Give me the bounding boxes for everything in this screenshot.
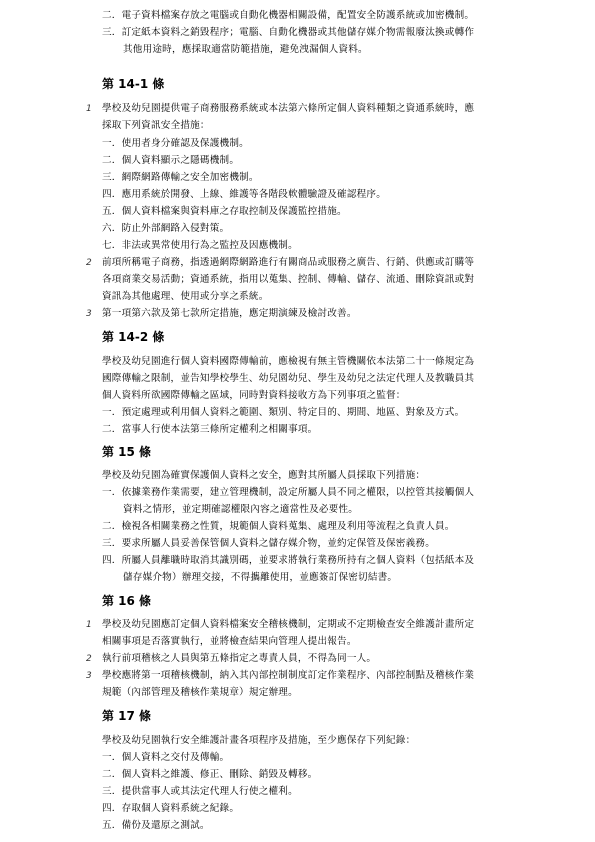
paragraph-number: 3 <box>86 670 92 682</box>
article-heading: 第 14-2 條 <box>102 330 164 344</box>
text-line: 二．當事人行使本法第三條所定權利之相關事項。 <box>102 424 317 436</box>
text-line: 二．個人資料顯示之隱碼機制。 <box>102 155 239 167</box>
text-line: 個人資料所欲國際傳輸之區域，同時對資料接收方為下列事項之監督： <box>102 390 406 402</box>
article-heading: 第 17 條 <box>102 709 151 723</box>
text-line: 學校應將第一項稽核機制，納入其內部控制制度訂定作業程序、內部控制點及稽核作業 <box>102 670 474 682</box>
text-line: 其他用途時，應採取適當防範措施，避免洩漏個人資料。 <box>123 44 368 56</box>
paragraph-number: 3 <box>86 308 92 320</box>
text-line: 儲存媒介物）辦理交接，不得攜離使用，並應簽訂保密切結書。 <box>123 572 397 584</box>
paragraph-number: 2 <box>86 257 92 269</box>
text-line: 一．使用者身分確認及保護機制。 <box>102 138 249 150</box>
text-line: 四．所屬人員離職時取消其識別碼，並要求將執行業務所持有之個人資料（包括紙本及 <box>102 555 474 567</box>
text-line: 學校及幼兒園為確實保護個人資料之安全，應對其所屬人員採取下列措施： <box>102 470 425 482</box>
text-line: 三．提供當事人或其法定代理人行使之權利。 <box>102 786 298 798</box>
text-line: 二．檢視各相關業務之性質，規範個人資料蒐集、處理及利用等流程之負責人員。 <box>102 521 455 533</box>
text-line: 學校及幼兒園應訂定個人資料檔案安全稽核機制，定期或不定期檢查安全維護計畫所定 <box>102 619 474 631</box>
text-line: 七．非法或異常使用行為之監控及因應機制。 <box>102 240 298 252</box>
text-line: 三．網際網路傳輸之安全加密機制。 <box>102 172 259 184</box>
text-line: 三．要求所屬人員妥善保管個人資料之儲存媒介物，並約定保管及保密義務。 <box>102 538 435 550</box>
text-line: 三．訂定紙本資料之銷毀程序；電腦、自動化機器或其他儲存媒介物需報廢汰換或轉作 <box>102 27 474 39</box>
text-line: 二．電子資料檔案存放之電腦或自動化機器相關設備，配置安全防護系統或加密機制。 <box>102 10 474 22</box>
text-line: 資料之情形，並定期確認權限內容之適當性及必要性。 <box>123 504 358 516</box>
paragraph-number: 1 <box>86 619 92 631</box>
text-line: 資訊為其他處理、使用或分享之系統。 <box>102 291 269 303</box>
text-line: 執行前項稽核之人員與第五條指定之專責人員，不得為同一人。 <box>102 653 376 665</box>
document-page: 二．電子資料檔案存放之電腦或自動化機器相關設備，配置安全防護系統或加密機制。三．… <box>0 0 595 842</box>
text-line: 規範（內部管理及稽核作業規章）規定辦理。 <box>102 687 298 699</box>
article-heading: 第 15 條 <box>102 445 151 459</box>
text-line: 各項商業交易活動；資通系統，指用以蒐集、控制、傳輸、儲存、流通、刪除資訊或對 <box>102 274 474 286</box>
text-line: 採取下列資訊安全措施： <box>102 120 210 132</box>
text-line: 六．防止外部網路入侵對策。 <box>102 223 229 235</box>
text-line: 四．應用系統於開發、上線、維護等各階段軟體驗證及確認程序。 <box>102 189 386 201</box>
text-line: 二．個人資料之維護、修正、刪除、銷毀及轉移。 <box>102 769 317 781</box>
article-heading: 第 14-1 條 <box>102 77 164 91</box>
text-line: 學校及幼兒園提供電子商務服務系統或本法第六條所定個人資料種類之資通系統時，應 <box>102 103 474 115</box>
text-line: 五．備份及還原之測試。 <box>102 820 210 832</box>
paragraph-number: 2 <box>86 653 92 665</box>
text-line: 相關事項是否落實執行，並將檢查結果向管理人提出報告。 <box>102 636 357 648</box>
text-line: 國際傳輸之限制，並告知學校學生、幼兒園幼兒、學生及幼兒之法定代理人及教職員其 <box>102 373 474 385</box>
text-line: 學校及幼兒園執行安全維護計畫各項程序及措施，至少應保存下列紀錄： <box>102 735 415 747</box>
text-line: 五．個人資料檔案與資料庫之存取控制及保護監控措施。 <box>102 206 347 218</box>
paragraph-number: 1 <box>86 103 92 115</box>
article-heading: 第 16 條 <box>102 594 151 608</box>
text-line: 一．預定處理或利用個人資料之範圍、類別、特定目的、期間、地區、對象及方式。 <box>102 407 464 419</box>
text-line: 第一項第六款及第七款所定措施，應定期演練及檢討改善。 <box>102 308 357 320</box>
text-line: 學校及幼兒園進行個人資料國際傳輸前，應檢視有無主管機關依本法第二十一條規定為 <box>102 356 474 368</box>
text-line: 一．個人資料之交付及傳輸。 <box>102 752 229 764</box>
text-line: 四．存取個人資料系統之紀錄。 <box>102 803 239 815</box>
text-line: 一．依據業務作業需要，建立管理機制，設定所屬人員不同之權限，以控管其接觸個人 <box>102 487 474 499</box>
text-line: 前項所稱電子商務，指透過網際網路進行有關商品或服務之廣告、行銷、供應或訂購等 <box>102 257 474 269</box>
